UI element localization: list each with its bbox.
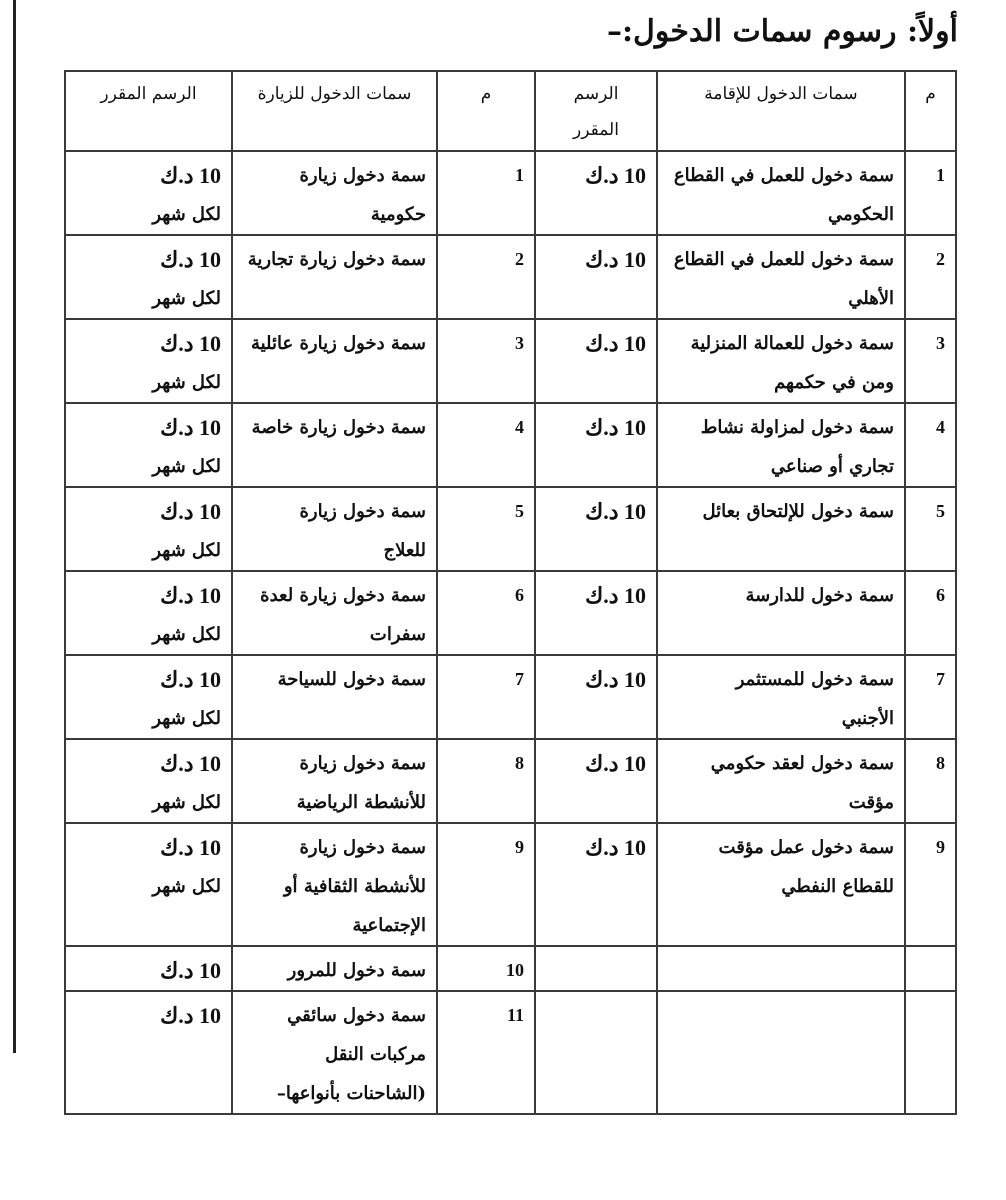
cell-text-line: سمة دخول للمرور	[243, 951, 426, 990]
cell-text-line: سمة دخول زيارة	[243, 744, 426, 783]
residence-fee-cell: 10 د.ك	[535, 655, 657, 739]
residence-type-cell: سمة دخول للإلتحاق بعائل	[657, 487, 905, 571]
residence-num-cell: 9	[905, 823, 956, 946]
cell-text-line: الإجتماعية	[243, 906, 426, 945]
residence-type-cell: سمة دخول عمل مؤقتللقطاع النفطي	[657, 823, 905, 946]
visit-type-cell: سمة دخول زيارةللعلاج	[232, 487, 437, 571]
residence-fee-cell	[535, 991, 657, 1114]
residence-type-cell: سمة دخول للدارسة	[657, 571, 905, 655]
residence-fee-cell: 10 د.ك	[535, 487, 657, 571]
fee-amount: 10 د.ك	[546, 828, 646, 867]
cell-text-line: ومن في حكمهم	[668, 363, 894, 402]
table-row: 10سمة دخول للمرور10 د.ك	[65, 946, 956, 991]
cell-text-line: سمة دخول للسياحة	[243, 660, 426, 699]
fee-amount: 10 د.ك	[546, 240, 646, 279]
cell-text-line: الأجنبي	[668, 699, 894, 738]
cell-text-line: سمة دخول زيارة تجارية	[243, 240, 426, 279]
visit-num-cell: 9	[437, 823, 535, 946]
fee-amount: 10 د.ك	[546, 156, 646, 195]
residence-num-cell: 8	[905, 739, 956, 823]
fee-amount: 10 د.ك	[76, 828, 221, 867]
fee-amount: 10 د.ك	[76, 996, 221, 1035]
fee-period-note: لكل شهر	[76, 279, 221, 318]
cell-text-line: سمة دخول زيارة	[243, 156, 426, 195]
table-row: 8سمة دخول لعقد حكوميمؤقت10 د.ك8سمة دخول …	[65, 739, 956, 823]
visit-type-cell: سمة دخول زيارةحكومية	[232, 151, 437, 235]
cell-text-line: سمة دخول زيارة	[243, 492, 426, 531]
residence-type-cell: سمة دخول للعمل في القطاعالأهلي	[657, 235, 905, 319]
visit-num-cell: 7	[437, 655, 535, 739]
fee-amount: 10 د.ك	[76, 951, 221, 990]
fee-period-note: لكل شهر	[76, 783, 221, 822]
residence-num-cell: 1	[905, 151, 956, 235]
fee-amount: 10 د.ك	[546, 660, 646, 699]
residence-num-cell: 3	[905, 319, 956, 403]
fee-period-note: لكل شهر	[76, 531, 221, 570]
entry-visa-fees-table: م سمات الدخول للإقامة الرسم المقرر م سما…	[64, 70, 957, 1115]
residence-type-cell: سمة دخول للعمل في القطاعالحكومي	[657, 151, 905, 235]
fee-period-note: لكل شهر	[76, 615, 221, 654]
table-row: 5سمة دخول للإلتحاق بعائل10 د.ك5سمة دخول …	[65, 487, 956, 571]
residence-num-cell: 6	[905, 571, 956, 655]
cell-text-line: سمة دخول سائقي	[243, 996, 426, 1035]
cell-text-line: مؤقت	[668, 783, 894, 822]
cell-text-line: سمة دخول للإلتحاق بعائل	[668, 492, 894, 531]
header-residence-type: سمات الدخول للإقامة	[657, 71, 905, 151]
visit-type-cell: سمة دخول زيارةللأنشطة الرياضية	[232, 739, 437, 823]
cell-text-line: الأهلي	[668, 279, 894, 318]
fee-amount: 10 د.ك	[546, 324, 646, 363]
section-title: أولاً: رسوم سمات الدخول:–	[607, 10, 958, 54]
cell-text-line: (الشاحنات بأنواعها–	[243, 1074, 426, 1113]
residence-fee-cell	[535, 946, 657, 991]
table-row: 11سمة دخول سائقيمركبات النقل(الشاحنات بأ…	[65, 991, 956, 1114]
visit-num-cell: 1	[437, 151, 535, 235]
cell-text-line: سمة دخول للعمل في القطاع	[668, 156, 894, 195]
residence-fee-cell: 10 د.ك	[535, 823, 657, 946]
residence-type-cell	[657, 991, 905, 1114]
cell-text-line: سمة دخول عمل مؤقت	[668, 828, 894, 867]
residence-fee-cell: 10 د.ك	[535, 235, 657, 319]
visit-fee-cell: 10 د.كلكل شهر	[65, 739, 232, 823]
header-residence-fee-line1: الرسم	[546, 76, 646, 112]
cell-text-line: سمة دخول للدارسة	[668, 576, 894, 615]
fee-amount: 10 د.ك	[546, 576, 646, 615]
cell-text-line: سمة دخول زيارة لعدة	[243, 576, 426, 615]
table-row: 3سمة دخول للعمالة المنزليةومن في حكمهم10…	[65, 319, 956, 403]
header-residence-num: م	[905, 71, 956, 151]
visit-fee-cell: 10 د.كلكل شهر	[65, 319, 232, 403]
visit-fee-cell: 10 د.كلكل شهر	[65, 655, 232, 739]
visit-type-cell: سمة دخول للمرور	[232, 946, 437, 991]
visit-type-cell: سمة دخول سائقيمركبات النقل(الشاحنات بأنو…	[232, 991, 437, 1114]
cell-text-line: سمة دخول زيارة عائلية	[243, 324, 426, 363]
fee-amount: 10 د.ك	[76, 156, 221, 195]
residence-fee-cell: 10 د.ك	[535, 571, 657, 655]
visit-type-cell: سمة دخول زيارة عائلية	[232, 319, 437, 403]
cell-text-line: للعلاج	[243, 531, 426, 570]
cell-text-line: للأنشطة الثقافية أو	[243, 867, 426, 906]
table-header-row: م سمات الدخول للإقامة الرسم المقرر م سما…	[65, 71, 956, 151]
page-margin-rule	[13, 0, 16, 1053]
visit-type-cell: سمة دخول زيارة تجارية	[232, 235, 437, 319]
cell-text-line: سمة دخول للعمالة المنزلية	[668, 324, 894, 363]
fee-amount: 10 د.ك	[76, 492, 221, 531]
residence-num-cell: 4	[905, 403, 956, 487]
visit-type-cell: سمة دخول زيارة خاصة	[232, 403, 437, 487]
visit-fee-cell: 10 د.كلكل شهر	[65, 487, 232, 571]
fee-amount: 10 د.ك	[76, 240, 221, 279]
cell-text-line: سمة دخول زيارة خاصة	[243, 408, 426, 447]
cell-text-line: سمة دخول زيارة	[243, 828, 426, 867]
visit-fee-cell: 10 د.كلكل شهر	[65, 403, 232, 487]
fee-amount: 10 د.ك	[76, 408, 221, 447]
residence-num-cell: 7	[905, 655, 956, 739]
visit-fee-cell: 10 د.كلكل شهر	[65, 571, 232, 655]
fee-amount: 10 د.ك	[76, 660, 221, 699]
visit-fee-cell: 10 د.ك	[65, 991, 232, 1114]
header-visit-num: م	[437, 71, 535, 151]
header-visit-fee: الرسم المقرر	[65, 71, 232, 151]
table-row: 9سمة دخول عمل مؤقتللقطاع النفطي10 د.ك9سم…	[65, 823, 956, 946]
header-visit-type: سمات الدخول للزيارة	[232, 71, 437, 151]
cell-text-line: سمة دخول للمستثمر	[668, 660, 894, 699]
cell-text-line: للأنشطة الرياضية	[243, 783, 426, 822]
fee-amount: 10 د.ك	[546, 408, 646, 447]
residence-num-cell	[905, 946, 956, 991]
visit-num-cell: 3	[437, 319, 535, 403]
fee-amount: 10 د.ك	[76, 324, 221, 363]
table-row: 1سمة دخول للعمل في القطاعالحكومي10 د.ك1س…	[65, 151, 956, 235]
cell-text-line: للقطاع النفطي	[668, 867, 894, 906]
residence-type-cell	[657, 946, 905, 991]
residence-num-cell	[905, 991, 956, 1114]
residence-num-cell: 5	[905, 487, 956, 571]
visit-num-cell: 11	[437, 991, 535, 1114]
residence-fee-cell: 10 د.ك	[535, 319, 657, 403]
residence-type-cell: سمة دخول للعمالة المنزليةومن في حكمهم	[657, 319, 905, 403]
visit-type-cell: سمة دخول زيارةللأنشطة الثقافية أوالإجتما…	[232, 823, 437, 946]
fee-amount: 10 د.ك	[546, 744, 646, 783]
residence-fee-cell: 10 د.ك	[535, 403, 657, 487]
header-residence-fee-line2: المقرر	[546, 112, 646, 148]
fee-amount: 10 د.ك	[546, 492, 646, 531]
residence-type-cell: سمة دخول لمزاولة نشاطتجاري أو صناعي	[657, 403, 905, 487]
cell-text-line: حكومية	[243, 195, 426, 234]
fee-amount: 10 د.ك	[76, 744, 221, 783]
cell-text-line: تجاري أو صناعي	[668, 447, 894, 486]
table-row: 2سمة دخول للعمل في القطاعالأهلي10 د.ك2سم…	[65, 235, 956, 319]
residence-fee-cell: 10 د.ك	[535, 151, 657, 235]
visit-fee-cell: 10 د.كلكل شهر	[65, 151, 232, 235]
visit-type-cell: سمة دخول زيارة لعدةسفرات	[232, 571, 437, 655]
residence-type-cell: سمة دخول للمستثمرالأجنبي	[657, 655, 905, 739]
cell-text-line: الحكومي	[668, 195, 894, 234]
visit-fee-cell: 10 د.كلكل شهر	[65, 235, 232, 319]
fee-period-note: لكل شهر	[76, 447, 221, 486]
fee-period-note: لكل شهر	[76, 363, 221, 402]
header-residence-fee: الرسم المقرر	[535, 71, 657, 151]
fee-period-note: لكل شهر	[76, 867, 221, 906]
residence-num-cell: 2	[905, 235, 956, 319]
visit-num-cell: 2	[437, 235, 535, 319]
cell-text-line: سفرات	[243, 615, 426, 654]
cell-text-line: مركبات النقل	[243, 1035, 426, 1074]
table-row: 6سمة دخول للدارسة10 د.ك6سمة دخول زيارة ل…	[65, 571, 956, 655]
visit-fee-cell: 10 د.ك	[65, 946, 232, 991]
cell-text-line: سمة دخول لمزاولة نشاط	[668, 408, 894, 447]
cell-text-line: سمة دخول للعمل في القطاع	[668, 240, 894, 279]
fee-period-note: لكل شهر	[76, 699, 221, 738]
visit-num-cell: 4	[437, 403, 535, 487]
visit-num-cell: 10	[437, 946, 535, 991]
cell-text-line: سمة دخول لعقد حكومي	[668, 744, 894, 783]
table-row: 4سمة دخول لمزاولة نشاطتجاري أو صناعي10 د…	[65, 403, 956, 487]
visit-num-cell: 5	[437, 487, 535, 571]
fee-period-note: لكل شهر	[76, 195, 221, 234]
residence-fee-cell: 10 د.ك	[535, 739, 657, 823]
residence-type-cell: سمة دخول لعقد حكوميمؤقت	[657, 739, 905, 823]
visit-num-cell: 6	[437, 571, 535, 655]
visit-num-cell: 8	[437, 739, 535, 823]
visit-type-cell: سمة دخول للسياحة	[232, 655, 437, 739]
fee-amount: 10 د.ك	[76, 576, 221, 615]
table-row: 7سمة دخول للمستثمرالأجنبي10 د.ك7سمة دخول…	[65, 655, 956, 739]
visit-fee-cell: 10 د.كلكل شهر	[65, 823, 232, 946]
